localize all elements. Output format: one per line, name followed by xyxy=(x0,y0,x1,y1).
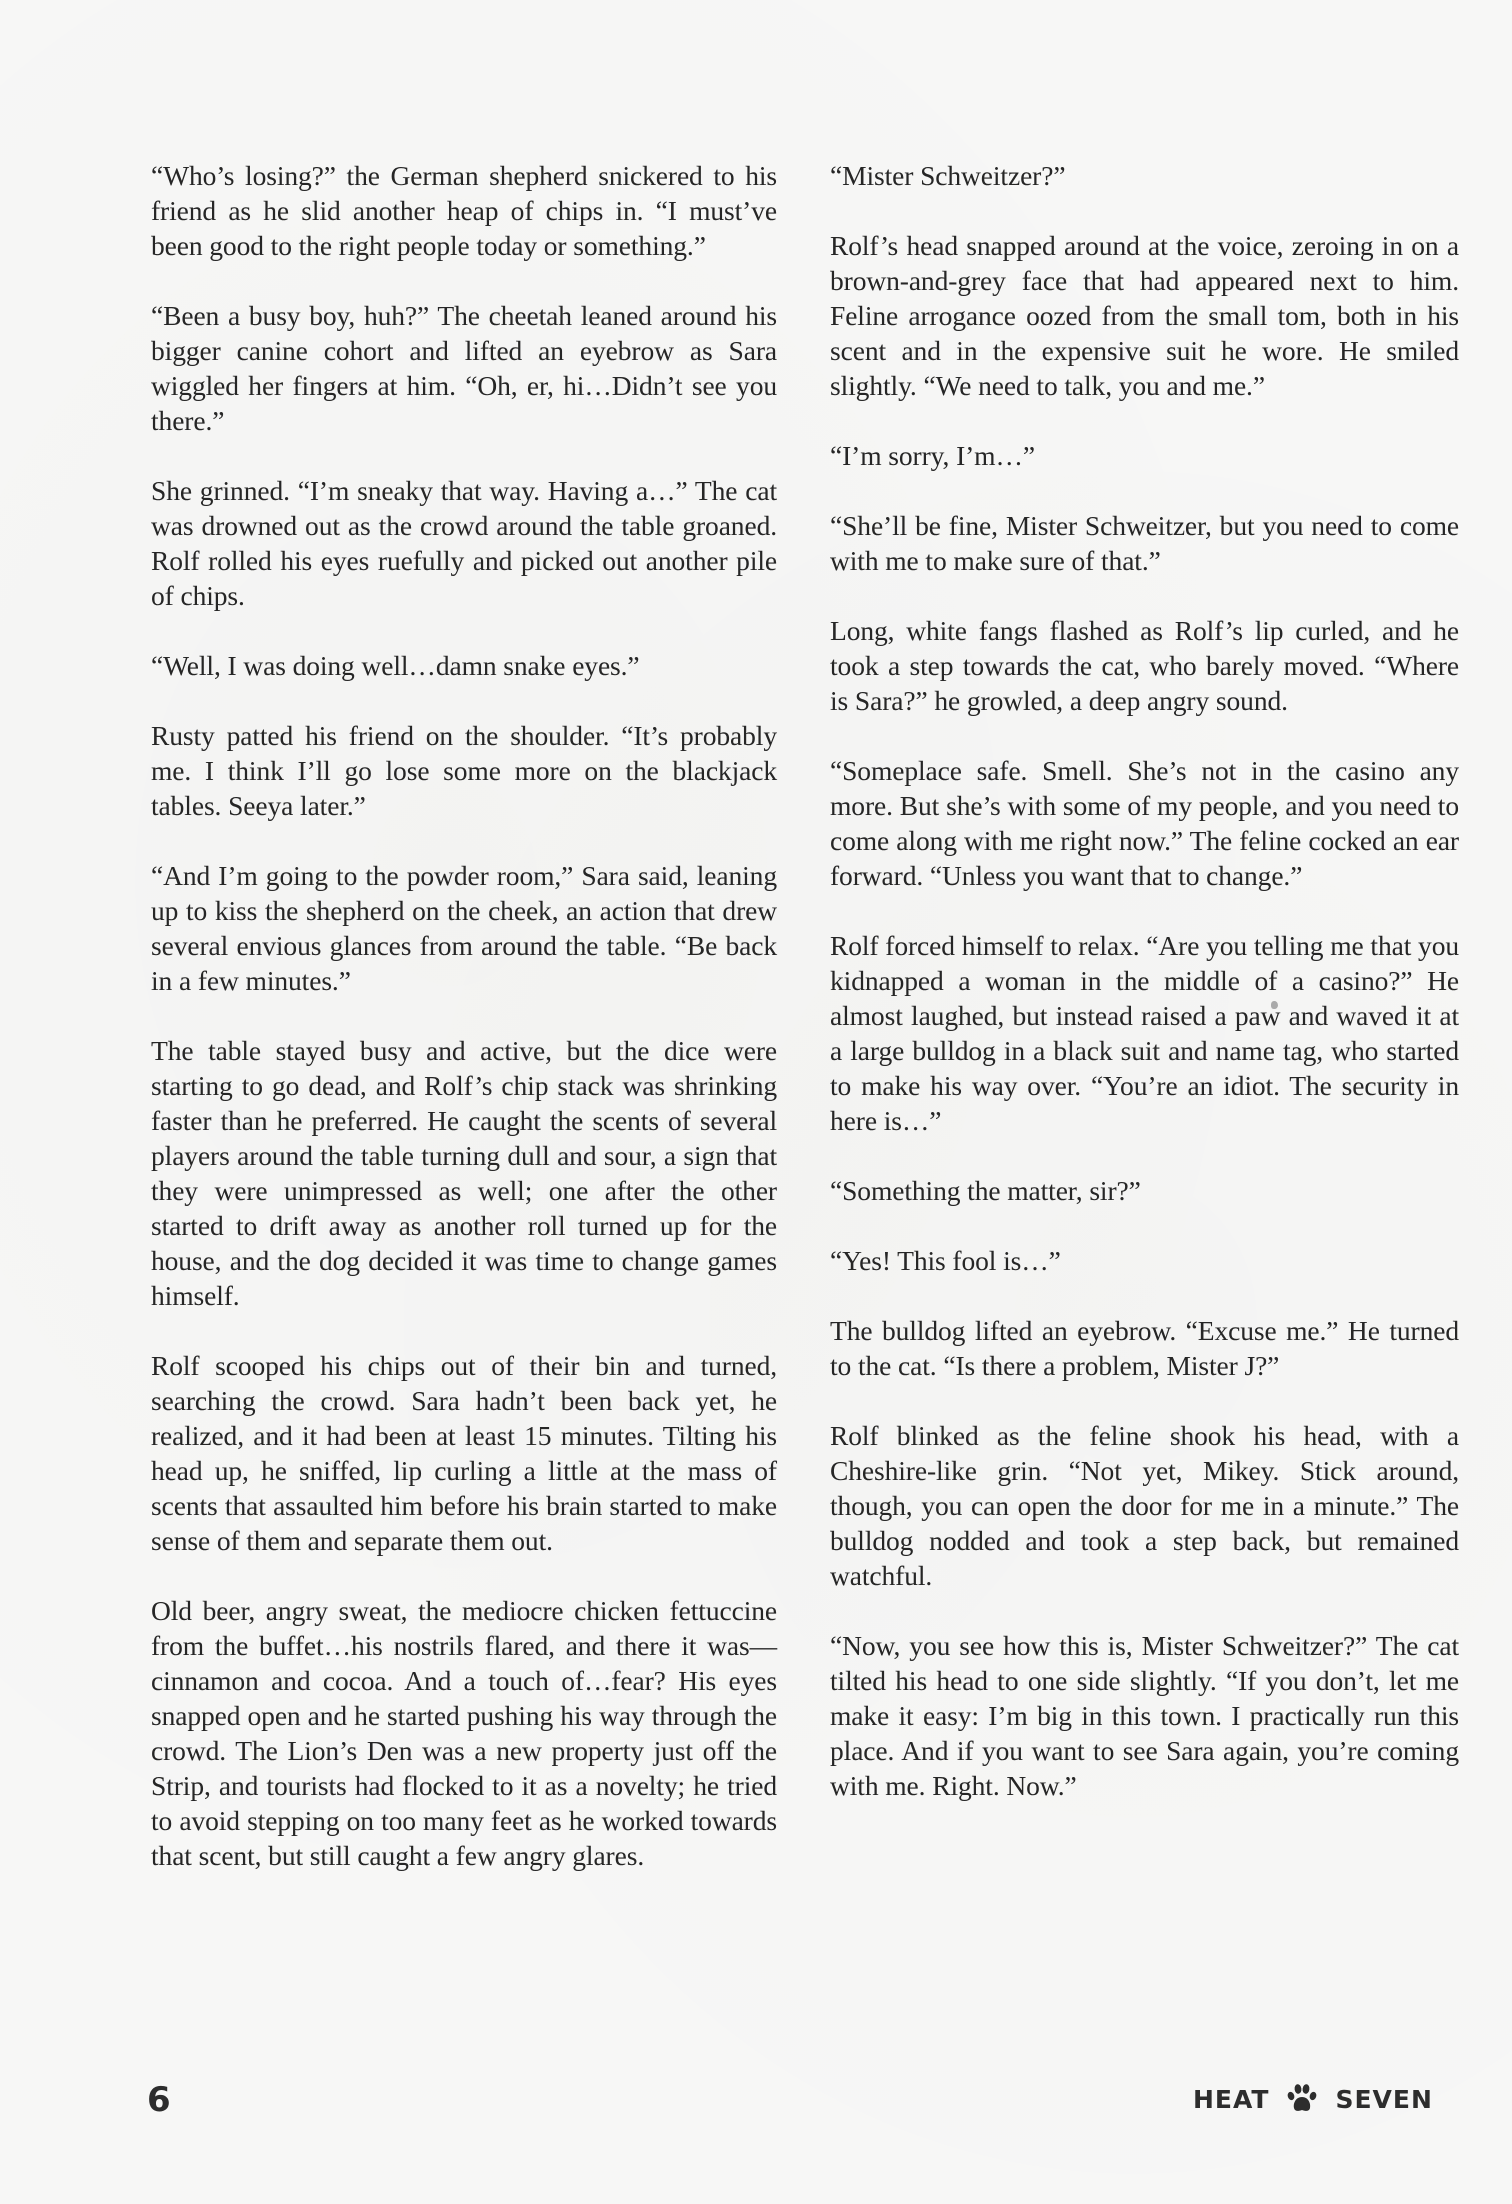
paragraph: She grinned. “I’m sneaky that way. Havin… xyxy=(151,473,777,613)
paragraph: Rolf’s head snapped around at the voice,… xyxy=(830,228,1459,403)
page-number: 6 xyxy=(147,2083,171,2117)
paw-print-icon xyxy=(1287,2083,1317,2115)
paragraph: Rolf scooped his chips out of their bin … xyxy=(151,1348,777,1558)
publication-name-right: SEVEN xyxy=(1335,2085,1432,2114)
article-column-left: “Who’s losing?” the German shepherd snic… xyxy=(151,158,777,1873)
magazine-page: “Who’s losing?” the German shepherd snic… xyxy=(0,0,1512,2204)
paragraph: “Been a busy boy, huh?” The cheetah lean… xyxy=(151,298,777,438)
publication-name-left: HEAT xyxy=(1193,2085,1269,2114)
paragraph: “Someplace safe. Smell. She’s not in the… xyxy=(830,753,1459,893)
paragraph: “Now, you see how this is, Mister Schwei… xyxy=(830,1628,1459,1803)
paragraph: “Who’s losing?” the German shepherd snic… xyxy=(151,158,777,263)
paragraph: Old beer, angry sweat, the mediocre chic… xyxy=(151,1593,777,1873)
paragraph: “Something the matter, sir?” xyxy=(830,1173,1459,1208)
paragraph: The table stayed busy and active, but th… xyxy=(151,1033,777,1313)
paragraph: The bulldog lifted an eyebrow. “Excuse m… xyxy=(830,1313,1459,1383)
paragraph: Rolf forced himself to relax. “Are you t… xyxy=(830,928,1459,1138)
publication-logo: HEAT SEVEN xyxy=(1193,2083,1433,2115)
paragraph: “Mister Schweitzer?” xyxy=(830,158,1459,193)
article-column-right: “Mister Schweitzer?” Rolf’s head snapped… xyxy=(830,158,1459,1803)
paragraph: “And I’m going to the powder room,” Sara… xyxy=(151,858,777,998)
scan-speck xyxy=(1271,1001,1278,1009)
paragraph: “She’ll be fine, Mister Schweitzer, but … xyxy=(830,508,1459,578)
paragraph: “Well, I was doing well…damn snake eyes.… xyxy=(151,648,777,683)
paragraph: “Yes! This fool is…” xyxy=(830,1243,1459,1278)
paragraph: Rusty patted his friend on the shoulder.… xyxy=(151,718,777,823)
paragraph: Long, white fangs flashed as Rolf’s lip … xyxy=(830,613,1459,718)
paragraph: Rolf blinked as the feline shook his hea… xyxy=(830,1418,1459,1593)
paragraph: “I’m sorry, I’m…” xyxy=(830,438,1459,473)
